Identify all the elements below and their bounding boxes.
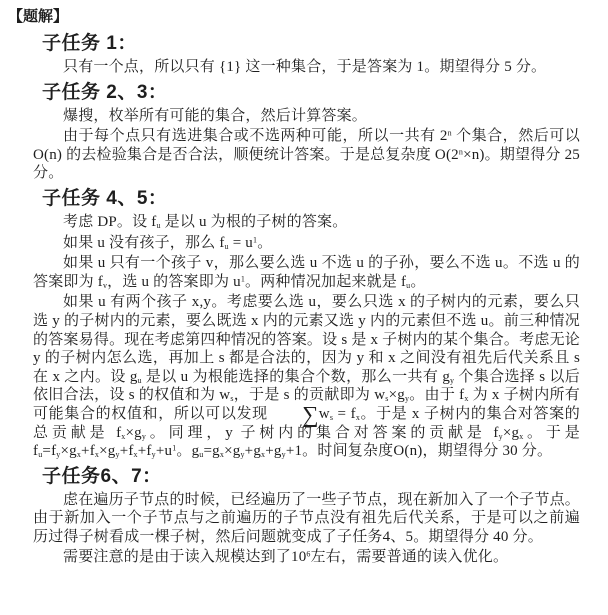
solution-document: 【题解】 子任务 1： 只有一个点，所以只有 {1} 这一种集合，于是答案为 1… xyxy=(0,0,608,615)
section-subtask-4-5: 子任务 4、5： 考虑 DP。设 fu 是以 u 为根的子树的答案。 如果 u … xyxy=(8,187,580,461)
section-subtask-6-7: 子任务6、7： 虑在遍历子节点的时候，已经遍历了一些子节点，现在新加入了一个子节… xyxy=(8,465,580,567)
subtask-1-heading: 子任务 1： xyxy=(42,32,580,55)
paragraph: 虑在遍历子节点的时候，已经遍历了一些子节点，现在新加入了一个子节点。由于新加入一… xyxy=(33,491,580,547)
section-subtask-1: 子任务 1： 只有一个点，所以只有 {1} 这一种集合，于是答案为 1。期望得分… xyxy=(8,32,580,77)
subtask-4-5-heading: 子任务 4、5： xyxy=(42,187,580,210)
paragraph: 需要注意的是由于读入规模达到了106左右，需要普通的读入优化。 xyxy=(33,548,580,567)
paragraph: 考虑 DP。设 fu 是以 u 为根的子树的答案。 xyxy=(33,213,580,232)
paragraph: 如果 u 有两个孩子 x,y。考虑要么选 u，要么只选 x 的子树内的元素，要么… xyxy=(33,293,580,460)
paragraph: 如果 u 没有孩子，那么 fu = u1。 xyxy=(33,234,580,253)
subtask-6-7-heading: 子任务6、7： xyxy=(42,465,580,488)
paragraph: 如果 u 只有一个孩子 v，那么要么选 u 不选 u 的子孙，要么不选 u。不选… xyxy=(33,254,580,291)
paragraph: 由于每个点只有选进集合或不选两种可能，所以一共有 2n 个集合，然后可以 O(n… xyxy=(33,127,580,183)
section-subtask-2-3: 子任务 2、3： 爆搜，枚举所有可能的集合，然后计算答案。 由于每个点只有选进集… xyxy=(8,81,580,183)
paragraph: 爆搜，枚举所有可能的集合，然后计算答案。 xyxy=(33,107,580,126)
doc-tag: 【题解】 xyxy=(8,7,580,28)
paragraph: 只有一个点，所以只有 {1} 这一种集合，于是答案为 1。期望得分 5 分。 xyxy=(33,58,580,77)
subtask-2-3-heading: 子任务 2、3： xyxy=(42,81,580,104)
